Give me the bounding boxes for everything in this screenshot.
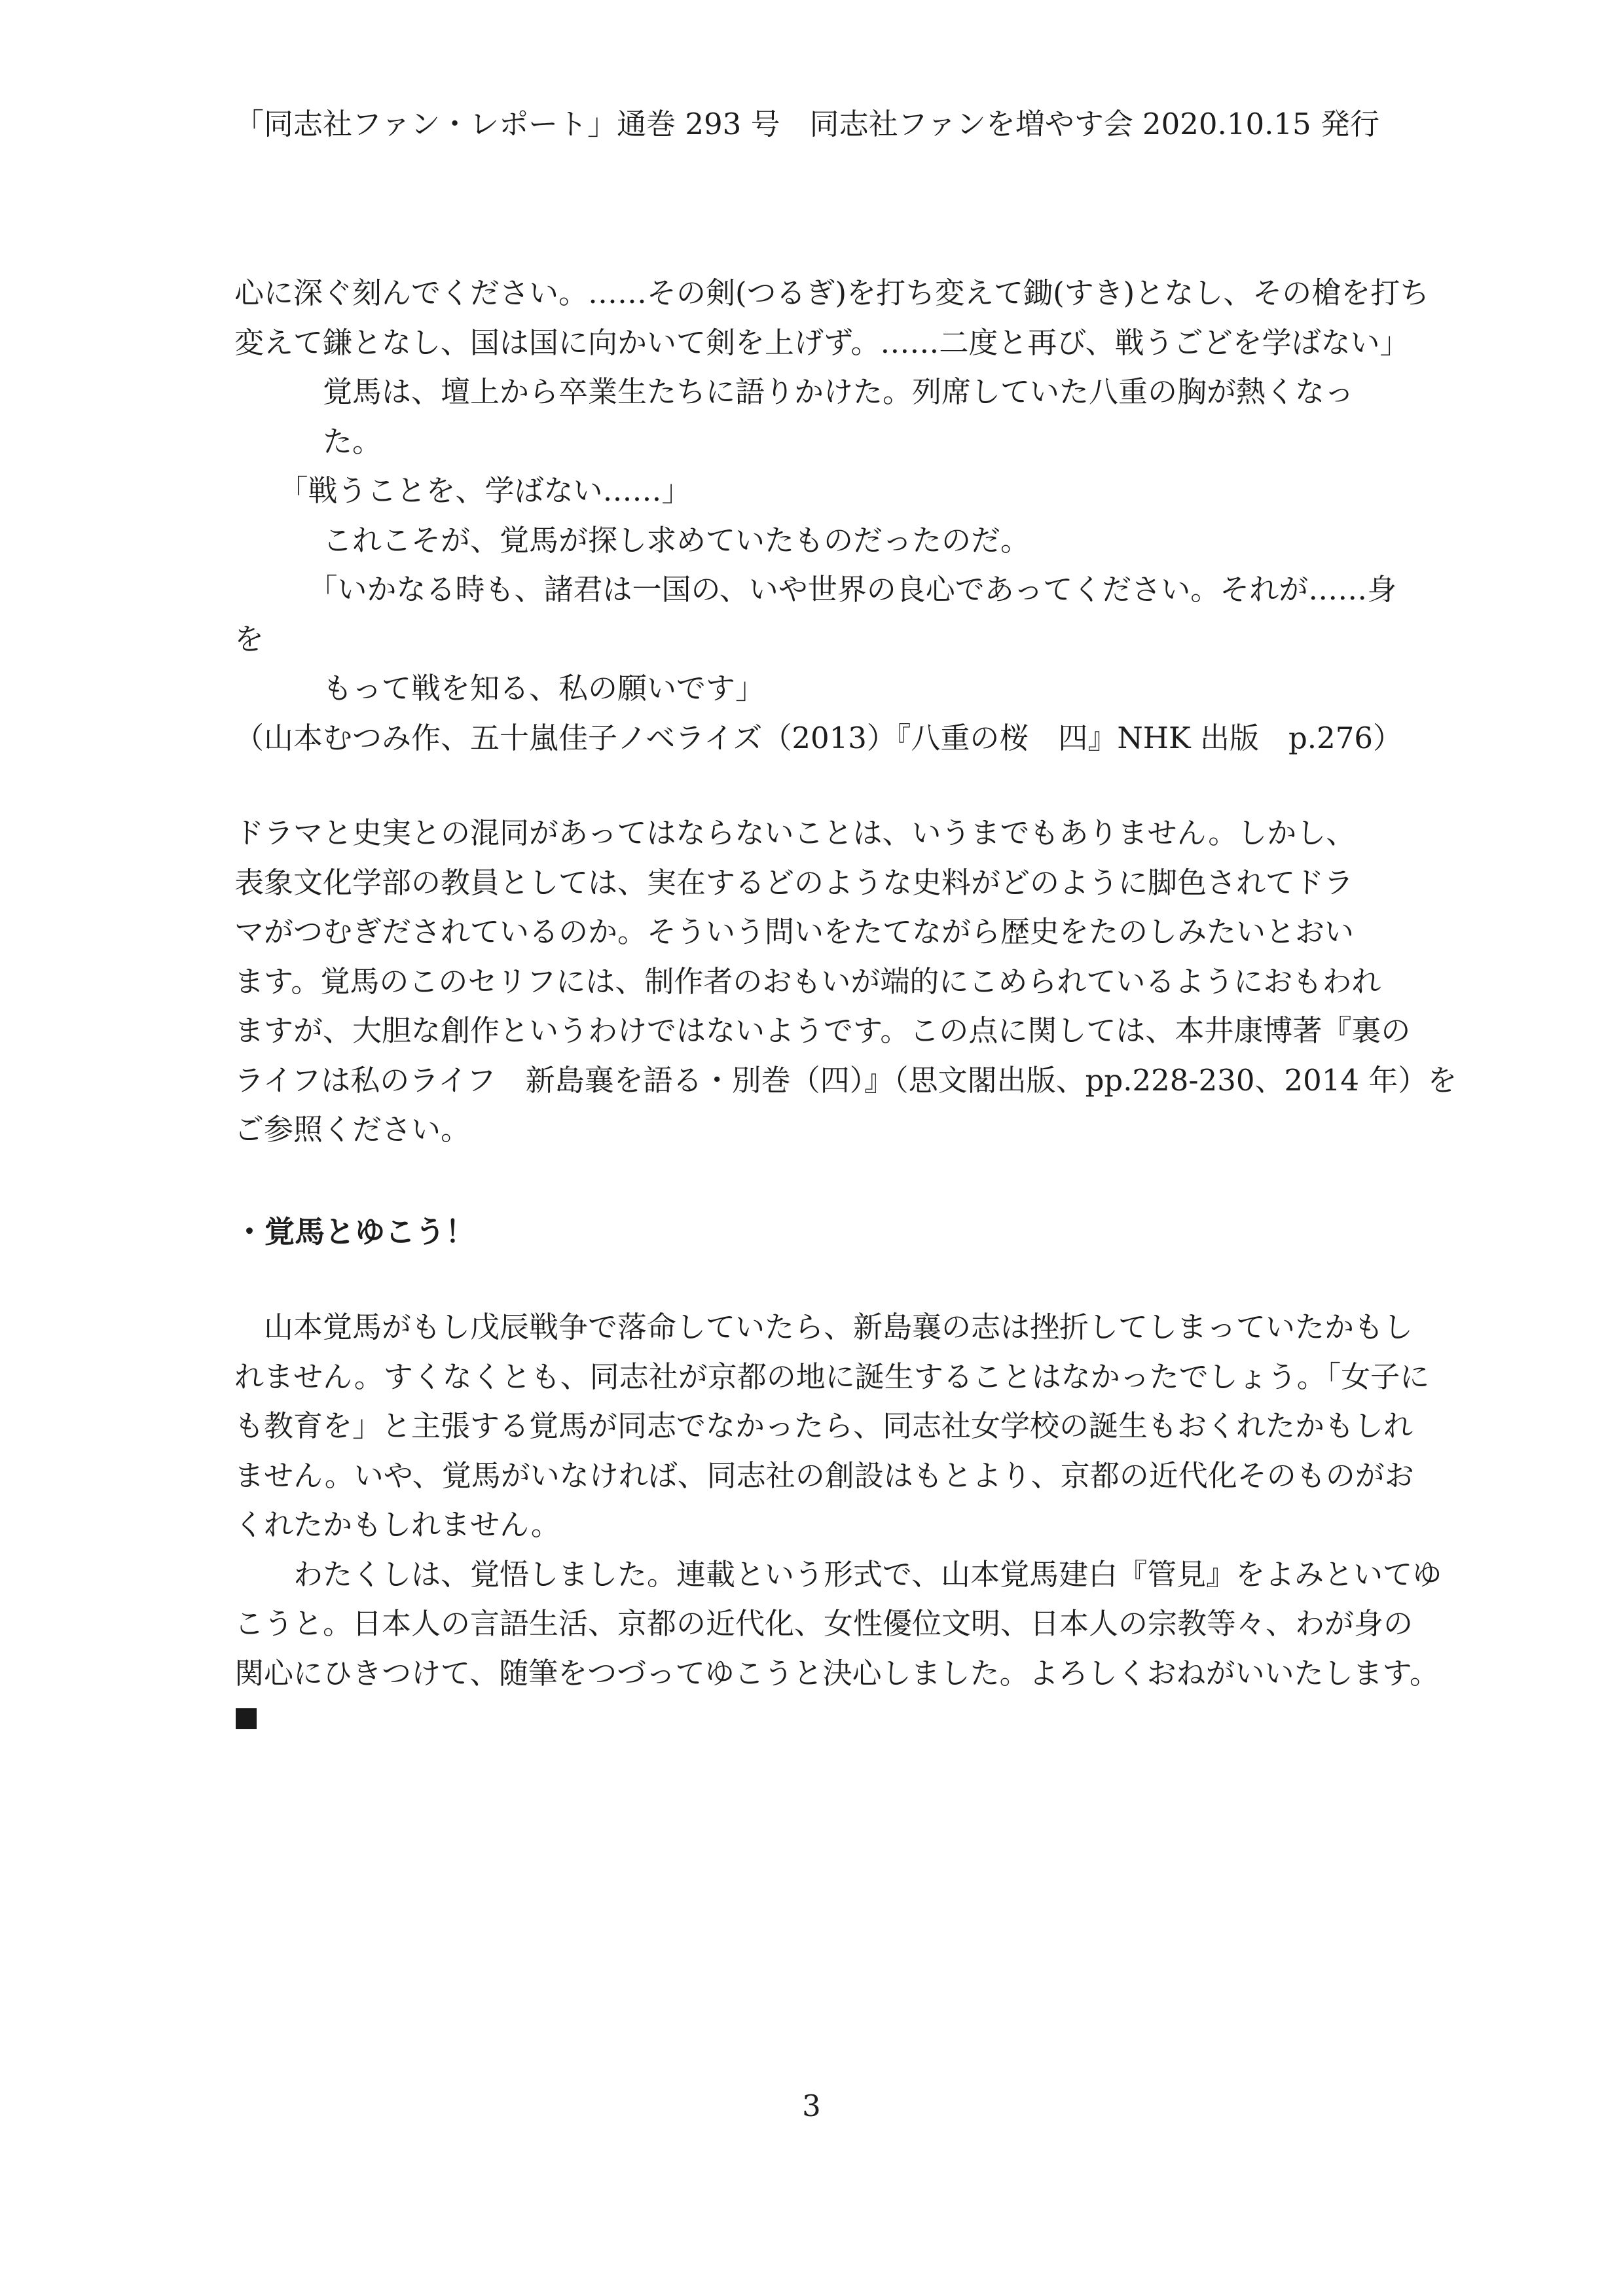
section-heading-block: ・覚馬とゆこう！	[234, 1208, 1419, 1257]
paragraph-line: わたくしは、覚悟しました。連載という形式で、山本覚馬建白『管見』をよみといてゆ	[234, 1550, 1419, 1600]
page-header: 「同志社ファン・レポート」通巻 293 号 同志社ファンを増やす会 2020.1…	[234, 105, 1379, 144]
page-number: 3	[0, 2088, 1623, 2124]
paragraph-line: マがつむぎだされているのか。そういう問いをたてながら歴史をたのしみたいとおい	[234, 907, 1419, 957]
end-of-article-mark: ■	[236, 1708, 257, 1729]
paragraph-line: ライフは私のライフ 新島襄を語る・別巻（四）』（思文閣出版、pp.228-230…	[234, 1056, 1419, 1105]
quote-line: これこそが、覚馬が探し求めていたものだったのだ。	[234, 516, 1419, 565]
quote-block: 心に深ぐ刻んでください。……その剣(つるぎ)を打ち変えて鋤(すき)となし、その槍…	[234, 268, 1419, 762]
paragraph-line: こうと。日本人の言語生活、京都の近代化、女性優位文明、日本人の宗教等々、わが身の	[234, 1599, 1419, 1649]
paragraph-line: 関心にひきつけて、随筆をつづってゆこうと決心しました。よろしくおねがいいたします…	[234, 1649, 1419, 1698]
quote-line: 覚馬は、壇上から卒業生たちに語りかけた。列席していた八重の胸が熱くなっ	[234, 367, 1419, 417]
quote-citation: （山本むつみ作、五十嵐佳子ノベライズ（2013）『八重の桜 四』NHK 出版 p…	[234, 713, 1419, 763]
paragraph-line: も教育を」と主張する覚馬が同志でなかったら、同志社女学校の誕生もおくれたかもしれ	[234, 1401, 1419, 1451]
section-heading: ・覚馬とゆこう！	[234, 1208, 1419, 1257]
quote-line: を	[234, 615, 1419, 664]
paragraph-line: ません。いや、覚馬がいなければ、同志社の創設はもとより、京都の近代化そのものがお	[234, 1451, 1419, 1501]
quote-line: 「いかなる時も、諸君は一国の、いや世界の良心であってください。それが……身	[234, 565, 1419, 615]
paragraph-line: 山本覚馬がもし戊辰戦争で落命していたら、新島襄の志は挫折してしまっていたかもし	[234, 1302, 1419, 1352]
paragraph-line: ます。覚馬のこのセリフには、制作者のおもいが端的にこめられているようにおもわれ	[234, 957, 1419, 1007]
commentary-paragraph: ドラマと史実との混同があってはならないことは、いうまでもありません。しかし、 表…	[234, 808, 1419, 1155]
essay-paragraph: 山本覚馬がもし戊辰戦争で落命していたら、新島襄の志は挫折してしまっていたかもし …	[234, 1302, 1419, 1698]
paragraph-line: れません。すくなくとも、同志社が京都の地に誕生することはなかったでしょう。「女子…	[234, 1352, 1419, 1402]
paragraph-line: ますが、大胆な創作というわけではないようです。この点に関しては、本井康博著『裏の	[234, 1006, 1419, 1056]
quote-line: た。	[234, 417, 1419, 467]
paragraph-line: ご参照ください。	[234, 1105, 1419, 1155]
quote-line: 「戦うことを、学ばない……」	[234, 466, 1419, 516]
quote-line: 心に深ぐ刻んでください。……その剣(つるぎ)を打ち変えて鋤(すき)となし、その槍…	[234, 268, 1419, 318]
paragraph-line: くれたかもしれません。	[234, 1500, 1419, 1550]
document-page: 「同志社ファン・レポート」通巻 293 号 同志社ファンを増やす会 2020.1…	[0, 0, 1623, 2296]
quote-line: もって戦を知る、私の願いです」	[234, 664, 1419, 713]
paragraph-line: ドラマと史実との混同があってはならないことは、いうまでもありません。しかし、	[234, 808, 1419, 858]
quote-line: 変えて鎌となし、国は国に向かいて剣を上げず。……二度と再び、戦うごどを学ばない」	[234, 318, 1419, 368]
paragraph-line: 表象文化学部の教員としては、実在するどのような史料がどのように脚色されてドラ	[234, 858, 1419, 908]
